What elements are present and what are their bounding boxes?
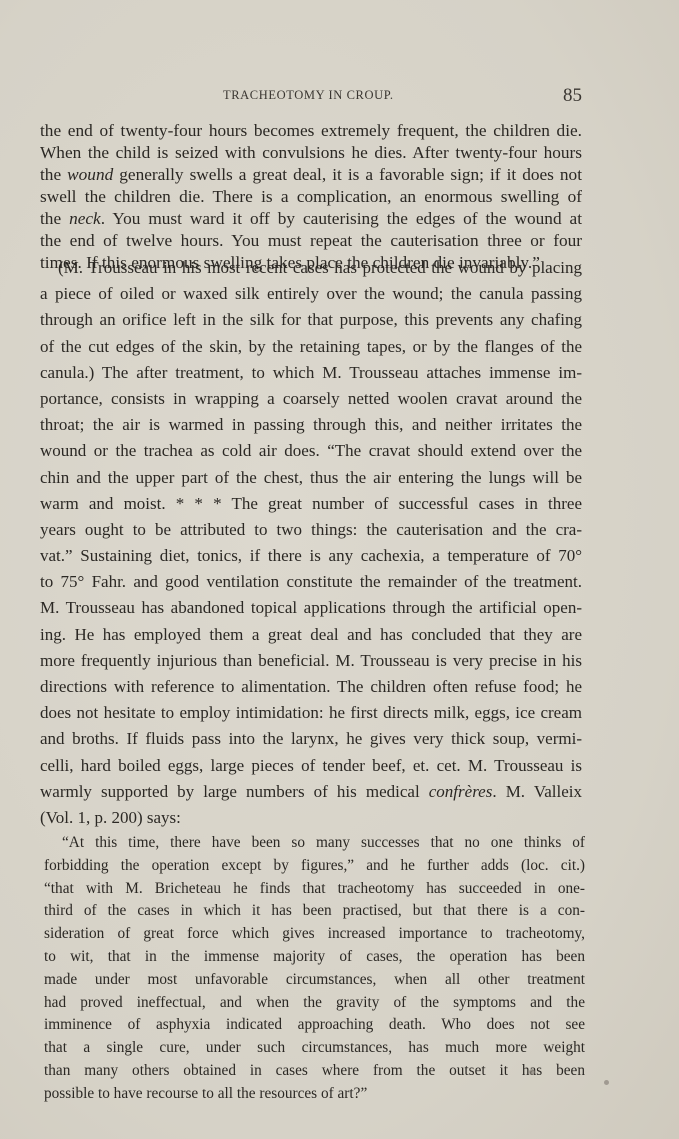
text-line: imminence of asphyxia indicated approach… [44,1014,585,1037]
text-line: of the cut edges of the skin, by the ret… [40,334,582,360]
text-line: “At this time, there have been so many s… [44,832,585,855]
text-line: a piece of oiled or waxed silk entirely … [40,281,582,307]
text-line: possible to have recourse to all the res… [44,1083,585,1106]
page-number: 85 [563,85,582,107]
text-line: throat; the air is warmed in passing thr… [40,412,582,438]
paper-speck [604,1080,609,1085]
text-line: to 75° Fahr. and good ventilation consti… [40,569,582,595]
text-line: and broths. If fluids pass into the lary… [40,726,582,752]
text-line: swell the children die. There is a compl… [40,186,582,208]
text-line: sideration of great force which gives in… [44,923,585,946]
text-line: warmly supported by large numbers of his… [40,779,582,805]
italic-term: wound [67,165,113,184]
text-line: the wound generally swells a great deal,… [40,164,582,186]
text-line: directions with reference to alimentatio… [40,674,582,700]
text-line: more frequently injurious than beneficia… [40,648,582,674]
italic-term: neck [69,209,101,228]
text-line: than many others obtained in cases where… [44,1060,585,1083]
text-line: (M. Trousseau in his most recent cases h… [40,255,582,281]
paragraph-after-treatment: (M. Trousseau in his most recent cases h… [40,255,582,831]
text-line: the end of twenty-four hours becomes ext… [40,120,582,142]
text-line: vat.” Sustaining diet, tonics, if there … [40,543,582,569]
text-line: made under most unfavorable circumstance… [44,969,585,992]
text-line: portance, consists in wrapping a coarsel… [40,386,582,412]
text-line: had proved ineffectual, and when the gra… [44,992,585,1015]
running-title: TRACHEOTOMY IN CROUP. [223,88,394,103]
text-line: forbidding the operation except by figur… [44,855,585,878]
text-line: warm and moist. * * * The great number o… [40,491,582,517]
text-line: through an orifice left in the silk for … [40,307,582,333]
text-line: When the child is seized with convulsion… [40,142,582,164]
text-line: “that with M. Bricheteau he finds that t… [44,878,585,901]
paper-speck [529,1069,535,1075]
text-line: the neck. You must ward it off by cauter… [40,208,582,230]
text-line: does not hesitate to employ intimidation… [40,700,582,726]
text-line: (Vol. 1, p. 200) says: [40,805,582,831]
text-line: wound or the trachea as cold air does. “… [40,438,582,464]
text-line: canula.) The after treatment, to which M… [40,360,582,386]
paragraph-quote-continuation: the end of twenty-four hours becomes ext… [40,120,582,274]
text-line: the end of twelve hours. You must repeat… [40,230,582,252]
text-line: M. Trousseau has abandoned topical appli… [40,595,582,621]
text-line: third of the cases in which it has been … [44,900,585,923]
text-line: to wit, that in the immense majority of … [44,946,585,969]
italic-term: confrères [429,782,493,801]
text-line: years ought to be attributed to two thin… [40,517,582,543]
text-line: ing. He has employed them a great deal a… [40,622,582,648]
block-quote-valleix: “At this time, there have been so many s… [44,832,585,1106]
book-page: TRACHEOTOMY IN CROUP. 85 the end of twen… [0,0,679,1139]
text-line: celli, hard boiled eggs, large pieces of… [40,753,582,779]
text-line: chin and the upper part of the chest, th… [40,465,582,491]
text-line: that a single cure, under such circumsta… [44,1037,585,1060]
running-head: TRACHEOTOMY IN CROUP. 85 [40,88,582,108]
